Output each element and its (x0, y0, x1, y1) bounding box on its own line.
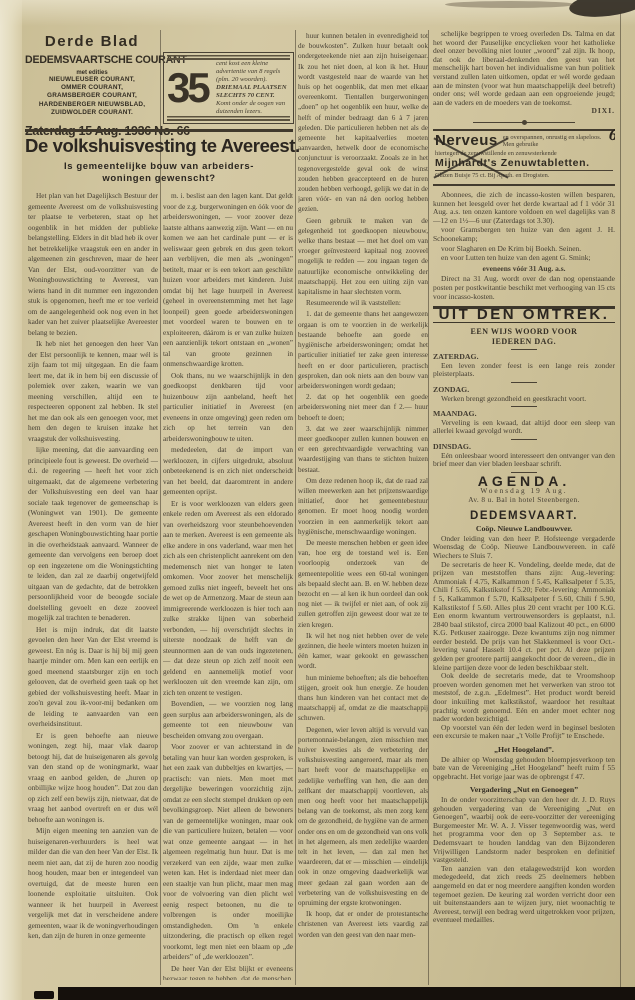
article-paragraph: Geen gebruik te maken van de gelegenheid… (298, 216, 428, 298)
ad-text-before: cent kost een kleine advertentie van 8 r… (216, 60, 280, 83)
ad-headline-row: Nerveus en overspannen, onrustig en slap… (435, 134, 613, 149)
column-rule (295, 30, 296, 985)
article-paragraph: Voor zoover er van achterstand in de bet… (163, 742, 293, 963)
article-paragraph: m. i. beslist aan den lagen kant. Dat ge… (163, 191, 293, 370)
section-heading: Coöp. Nieuwe Landbouwver. (433, 525, 615, 534)
day-text: Verveling is een kwaad, dat altijd door … (433, 419, 615, 436)
column-rule (620, 8, 621, 993)
ad-footer: Glazen Buisje 75 ct. Bij Apoth. en Drogi… (435, 170, 613, 181)
nerveus-advertisement: 6 Nerveus en overspannen, onrustig en sl… (433, 129, 615, 186)
wijs-woord-title-line: EEN WIJS WOORD VOOR (433, 327, 615, 337)
newspaper-page: Derde Blad DEDEMSVAARTSCHE COURANT met e… (0, 0, 635, 1000)
article-paragraph: Ik heb niet het genoegen den heer Van de… (28, 339, 158, 444)
notice-paragraph: Abonnees, die zich de incasso-kosten wil… (433, 191, 615, 225)
news-section: „Het Hoogeland”. De alhier op Woensdag g… (433, 746, 615, 781)
day-entry: DINSDAG. Eén onleesbaar woord interessee… (433, 443, 615, 469)
news-paragraph: Ten aanzien van den etalagewedstrijd kon… (433, 865, 615, 925)
masthead-edition-line: ZUIDWOLDER COURANT. (25, 109, 159, 117)
article-paragraph: Mijn eigen meening ten aanzien van de hu… (28, 826, 158, 942)
masthead-edition-line: NIEUWLEUSER COURANT, (25, 76, 159, 84)
scan-smudge (445, 1, 575, 8)
masthead-editions: NIEUWLEUSER COURANT,OMMER COURANT,GRAMSB… (25, 76, 159, 117)
article-signature: DIXI. (433, 107, 615, 116)
news-paragraph: De alhier op Woensdag gehouden bloempjes… (433, 756, 615, 782)
article-paragraph: Resumeerende wil ik vaststellen: (298, 298, 428, 308)
subhead-line: woningen gewenscht? (25, 173, 293, 185)
scan-bottom-bar (58, 987, 635, 1000)
agenda-event: Av. 8 u. Bal in hotel Steenbergen. (433, 496, 615, 505)
section-divider (433, 118, 615, 127)
small-divider (511, 406, 537, 407)
news-paragraph: Ook deelde de secretaris mede, dat te Vr… (433, 672, 615, 724)
article-column-1: Het plan van het Dagelijksch Bestuur der… (28, 191, 158, 980)
ad-price-number: 35 (167, 68, 213, 108)
headline-rule (25, 129, 293, 132)
section-heading: „Het Hoogeland”. (433, 746, 615, 755)
article-paragraph: Degenen, wier leven altijd is vervuld va… (298, 725, 428, 909)
masthead-edition-line: OMMER COURANT, (25, 84, 159, 92)
article-subhead: Is gemeentelijke bouw van arbeiders- won… (25, 161, 293, 184)
small-divider (511, 439, 537, 440)
right-column: schelijke begrippen te vroeg overleden D… (433, 30, 615, 988)
notice-paragraph: voor Slagharen en De Krim bij Boekh. Sei… (433, 245, 615, 254)
article-paragraph: Bovendien, — we voorzien nog lang geen s… (163, 699, 293, 741)
article-column-2: m. i. beslist aan den lagen kant. Dat ge… (163, 191, 293, 980)
article-column-3: huur kunnen betalen in evenredigheid tot… (298, 31, 428, 983)
newspaper-title: DEDEMSVAARTSCHE COURANT (25, 54, 159, 66)
ad-text: cent kost een kleine advertentie van 8 r… (216, 60, 290, 117)
ad-content: 35 cent kost een kleine advertentie van … (164, 60, 293, 117)
ad-word-nerveus: Nerveus (435, 134, 498, 148)
ad-tagline: en overspannen, onrustig en slapeloos. M… (503, 134, 613, 149)
day-text: Een leven zonder feest is een lange reis… (433, 362, 615, 379)
article-paragraph: Het is mijn indruk, dat dit laatste gevo… (28, 625, 158, 730)
notice-paragraph: voor Gramsbergen ten huize van den agent… (433, 226, 615, 243)
article-paragraph: Ik wil het nog niet hebben over de vele … (298, 631, 428, 672)
edition-label: Derde Blad (25, 33, 159, 50)
news-paragraph: Op voorstel van één der leden werd in be… (433, 724, 615, 741)
article-paragraph: 1. dat de gemeente thans het aangewezen … (298, 309, 428, 391)
article-paragraph: De meeste menschen hebben er geen idee v… (298, 538, 428, 630)
article-paragraph: De heer Van der Elst blijkt er eveneens … (163, 964, 293, 981)
ad-text-after: Komt onder de oogen van duizenden lezers… (216, 100, 285, 115)
closing-paragraph: schelijke begrippen te vroeg overleden D… (433, 30, 615, 107)
article-paragraph: 2. dat op het oogenblik een goede arbeid… (298, 392, 428, 423)
paper-left-margin (0, 0, 22, 1000)
article-paragraph: Er is voor werkloozen van elders geen en… (163, 499, 293, 699)
agenda-title: AGENDA. (433, 477, 615, 486)
masthead-edition-line: GRAMSBERGER COURANT, (25, 92, 159, 100)
article-paragraph: Om deze redenen hoop ik, dat de raad zal… (298, 476, 428, 537)
news-section: Vergadering „Nut en Genoegen” In de onde… (433, 786, 615, 925)
small-divider (511, 349, 537, 350)
subscription-notice: Abonnees, die zich de incasso-kosten wil… (433, 191, 615, 301)
news-paragraph: In de onder voorzitterschap van den heer… (433, 796, 615, 865)
column-rule (428, 30, 429, 985)
day-entry: ZATERDAG. Een leven zonder feest is een … (433, 353, 615, 379)
news-paragraph: Onder leiding van den heer P. Hofsteenge… (433, 535, 615, 561)
article-paragraph: 3. dat we zeer waarschijnlijk nimmer mee… (298, 424, 428, 475)
uit-den-omtrek-title: UIT DEN OMTREK. (433, 311, 615, 320)
article-paragraph: Er is geen behoefte aan nieuwe woningen,… (28, 731, 158, 826)
notice-paragraph: Direct na 31 Aug. wordt over de dan nog … (433, 275, 615, 301)
article-paragraph: Het plan van het Dagelijksch Bestuur der… (28, 191, 158, 338)
day-entry: MAANDAG. Verveling is een kwaad, dat alt… (433, 410, 615, 436)
masthead-edition-line: HARDENBERGER NIEUWSBLAD, (25, 101, 159, 109)
dedemsvaart-title: DEDEMSVAART. (433, 512, 615, 521)
news-paragraph: De secretaris de heer K. Vondeling, deel… (433, 561, 615, 673)
scan-bottom-mark (34, 991, 54, 999)
day-entry: ZONDAG. Werken brengt gezondheid en gees… (433, 386, 615, 403)
article-paragraph: mededeelen, dat de import van werkloozen… (163, 445, 293, 498)
article-paragraph: hun minieme behoeften; als die behoeften… (298, 673, 428, 724)
headline-block: De volkshuisvesting te Avereest. Is geme… (25, 135, 293, 184)
small-divider (511, 382, 537, 383)
ad-text-emphasis: DRIEMAAL PLAATSEN SLECHTS 70 CENT. (216, 84, 287, 99)
section-body: De alhier op Woensdag gehouden bloempjes… (433, 756, 615, 782)
masthead: Derde Blad DEDEMSVAARTSCHE COURANT met e… (25, 33, 159, 138)
news-section: Coöp. Nieuwe Landbouwver. Onder leiding … (433, 525, 615, 741)
article-paragraph: huur kunnen betalen in evenredigheid tot… (298, 31, 428, 215)
pencil-six-mark: 6 (608, 130, 615, 140)
section-heading: Vergadering „Nut en Genoegen” (433, 786, 615, 795)
subhead-line: Is gemeentelijke bouw van arbeiders- (25, 161, 293, 173)
wijs-woord-title: EEN WIJS WOORD VOOR IEDEREN DAG. (433, 327, 615, 346)
article-paragraph: Ik hoop, dat er onder de protestantsche … (298, 909, 428, 940)
section-body: Onder leiding van den heer P. Hofsteenge… (433, 535, 615, 741)
ad-stripe-bar (167, 116, 290, 121)
section-body: In de onder voorzitterschap van den heer… (433, 796, 615, 925)
day-text: Eén onleesbaar woord interesseert den on… (433, 452, 615, 469)
article-paragraph: Ook thans, nu we waarschijnlijk in den g… (163, 371, 293, 445)
article-headline: De volkshuisvesting te Avereest. (25, 135, 293, 157)
classified-ad-box: 35 cent kost een kleine advertentie van … (163, 52, 294, 124)
day-text: Werken brengt gezondheid en geestkracht … (433, 395, 615, 404)
wijs-woord-title-line: IEDEREN DAG. (433, 337, 615, 347)
notice-paragraph: en voor Lutten ten huize van den agent G… (433, 254, 615, 263)
article-paragraph: lijke meening, dat die aanvaarding een p… (28, 445, 158, 624)
notice-center-line: eveneens vóór 31 Aug. a.s. (433, 265, 615, 274)
